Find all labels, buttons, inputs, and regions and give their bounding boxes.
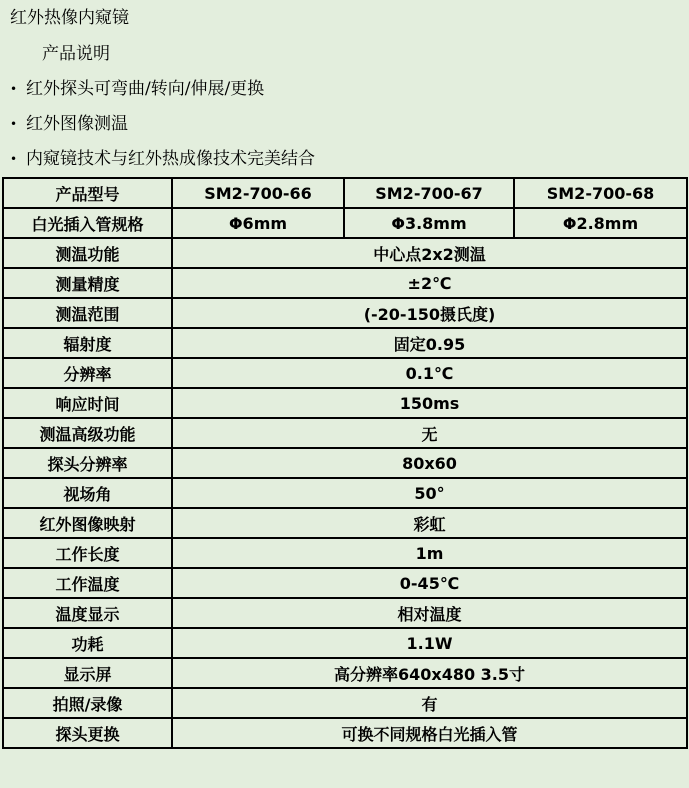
row-label: 拍照/录像 — [3, 688, 172, 718]
row-label: 辐射度 — [3, 328, 172, 358]
table-row-tube-spec: 白光插入管规格 Φ6mm Φ3.8mm Φ2.8mm — [3, 208, 687, 238]
feature-text: 红外图像测温 — [26, 115, 128, 134]
row-value: (-20-150摄氏度) — [172, 298, 687, 328]
table-row: 测温功能 中心点2x2测温 — [3, 238, 687, 268]
row-label: 温度显示 — [3, 598, 172, 628]
table-row: 工作长度 1m — [3, 538, 687, 568]
page-title: 红外热像内窥镜 — [0, 0, 689, 28]
table-row: 探头更换 可换不同规格白光插入管 — [3, 718, 687, 748]
row-value: ±2℃ — [172, 268, 687, 298]
table-row: 响应时间 150ms — [3, 388, 687, 418]
row-value: 可换不同规格白光插入管 — [172, 718, 687, 748]
row-label: 测温高级功能 — [3, 418, 172, 448]
row-label: 响应时间 — [3, 388, 172, 418]
table-row-model: 产品型号 SM2-700-66 SM2-700-67 SM2-700-68 — [3, 178, 687, 208]
table-row: 探头分辨率 80x60 — [3, 448, 687, 478]
row-label: 产品型号 — [3, 178, 172, 208]
table-row: 视场角 50° — [3, 478, 687, 508]
product-spec-page: 红外热像内窥镜 产品说明 • 红外探头可弯曲/转向/伸展/更换 • 红外图像测温… — [0, 0, 689, 749]
table-row: 显示屏 高分辨率640x480 3.5寸 — [3, 658, 687, 688]
row-value: 相对温度 — [172, 598, 687, 628]
tube-spec-cell: Φ2.8mm — [514, 208, 687, 238]
row-value: 0.1℃ — [172, 358, 687, 388]
row-value: 彩虹 — [172, 508, 687, 538]
row-label: 功耗 — [3, 628, 172, 658]
table-row: 测温范围 (-20-150摄氏度) — [3, 298, 687, 328]
row-label: 探头更换 — [3, 718, 172, 748]
tube-spec-cell: Φ6mm — [172, 208, 344, 238]
row-value: 80x60 — [172, 448, 687, 478]
section-heading-product-description: 产品说明 — [0, 28, 689, 64]
table-row: 分辨率 0.1℃ — [3, 358, 687, 388]
bullet-icon: • — [10, 80, 26, 99]
table-row: 红外图像映射 彩虹 — [3, 508, 687, 538]
spec-table: 产品型号 SM2-700-66 SM2-700-67 SM2-700-68 白光… — [2, 177, 688, 749]
row-value: 0-45℃ — [172, 568, 687, 598]
feature-text: 红外探头可弯曲/转向/伸展/更换 — [26, 80, 264, 99]
row-label: 工作长度 — [3, 538, 172, 568]
row-label: 探头分辨率 — [3, 448, 172, 478]
feature-bullet: • 红外探头可弯曲/转向/伸展/更换 — [0, 64, 689, 99]
feature-bullet: • 红外图像测温 — [0, 99, 689, 134]
row-value: 无 — [172, 418, 687, 448]
feature-text: 内窥镜技术与红外热成像技术完美结合 — [26, 150, 315, 169]
model-cell: SM2-700-67 — [344, 178, 514, 208]
row-value: 高分辨率640x480 3.5寸 — [172, 658, 687, 688]
table-row: 辐射度 固定0.95 — [3, 328, 687, 358]
row-value: 1m — [172, 538, 687, 568]
row-label: 显示屏 — [3, 658, 172, 688]
row-label: 测温功能 — [3, 238, 172, 268]
bullet-icon: • — [10, 115, 26, 134]
table-row: 测量精度 ±2℃ — [3, 268, 687, 298]
row-label: 工作温度 — [3, 568, 172, 598]
row-value: 50° — [172, 478, 687, 508]
table-row: 温度显示 相对温度 — [3, 598, 687, 628]
model-cell: SM2-700-66 — [172, 178, 344, 208]
row-value: 固定0.95 — [172, 328, 687, 358]
row-value: 150ms — [172, 388, 687, 418]
feature-bullet: • 内窥镜技术与红外热成像技术完美结合 — [0, 134, 689, 169]
table-row: 功耗 1.1W — [3, 628, 687, 658]
row-label: 测温范围 — [3, 298, 172, 328]
table-row: 拍照/录像 有 — [3, 688, 687, 718]
row-value: 有 — [172, 688, 687, 718]
row-label: 视场角 — [3, 478, 172, 508]
row-label: 分辨率 — [3, 358, 172, 388]
table-row: 工作温度 0-45℃ — [3, 568, 687, 598]
row-label: 红外图像映射 — [3, 508, 172, 538]
table-row: 测温高级功能 无 — [3, 418, 687, 448]
model-cell: SM2-700-68 — [514, 178, 687, 208]
row-label: 测量精度 — [3, 268, 172, 298]
row-label: 白光插入管规格 — [3, 208, 172, 238]
row-value: 1.1W — [172, 628, 687, 658]
tube-spec-cell: Φ3.8mm — [344, 208, 514, 238]
bullet-icon: • — [10, 150, 26, 169]
row-value: 中心点2x2测温 — [172, 238, 687, 268]
